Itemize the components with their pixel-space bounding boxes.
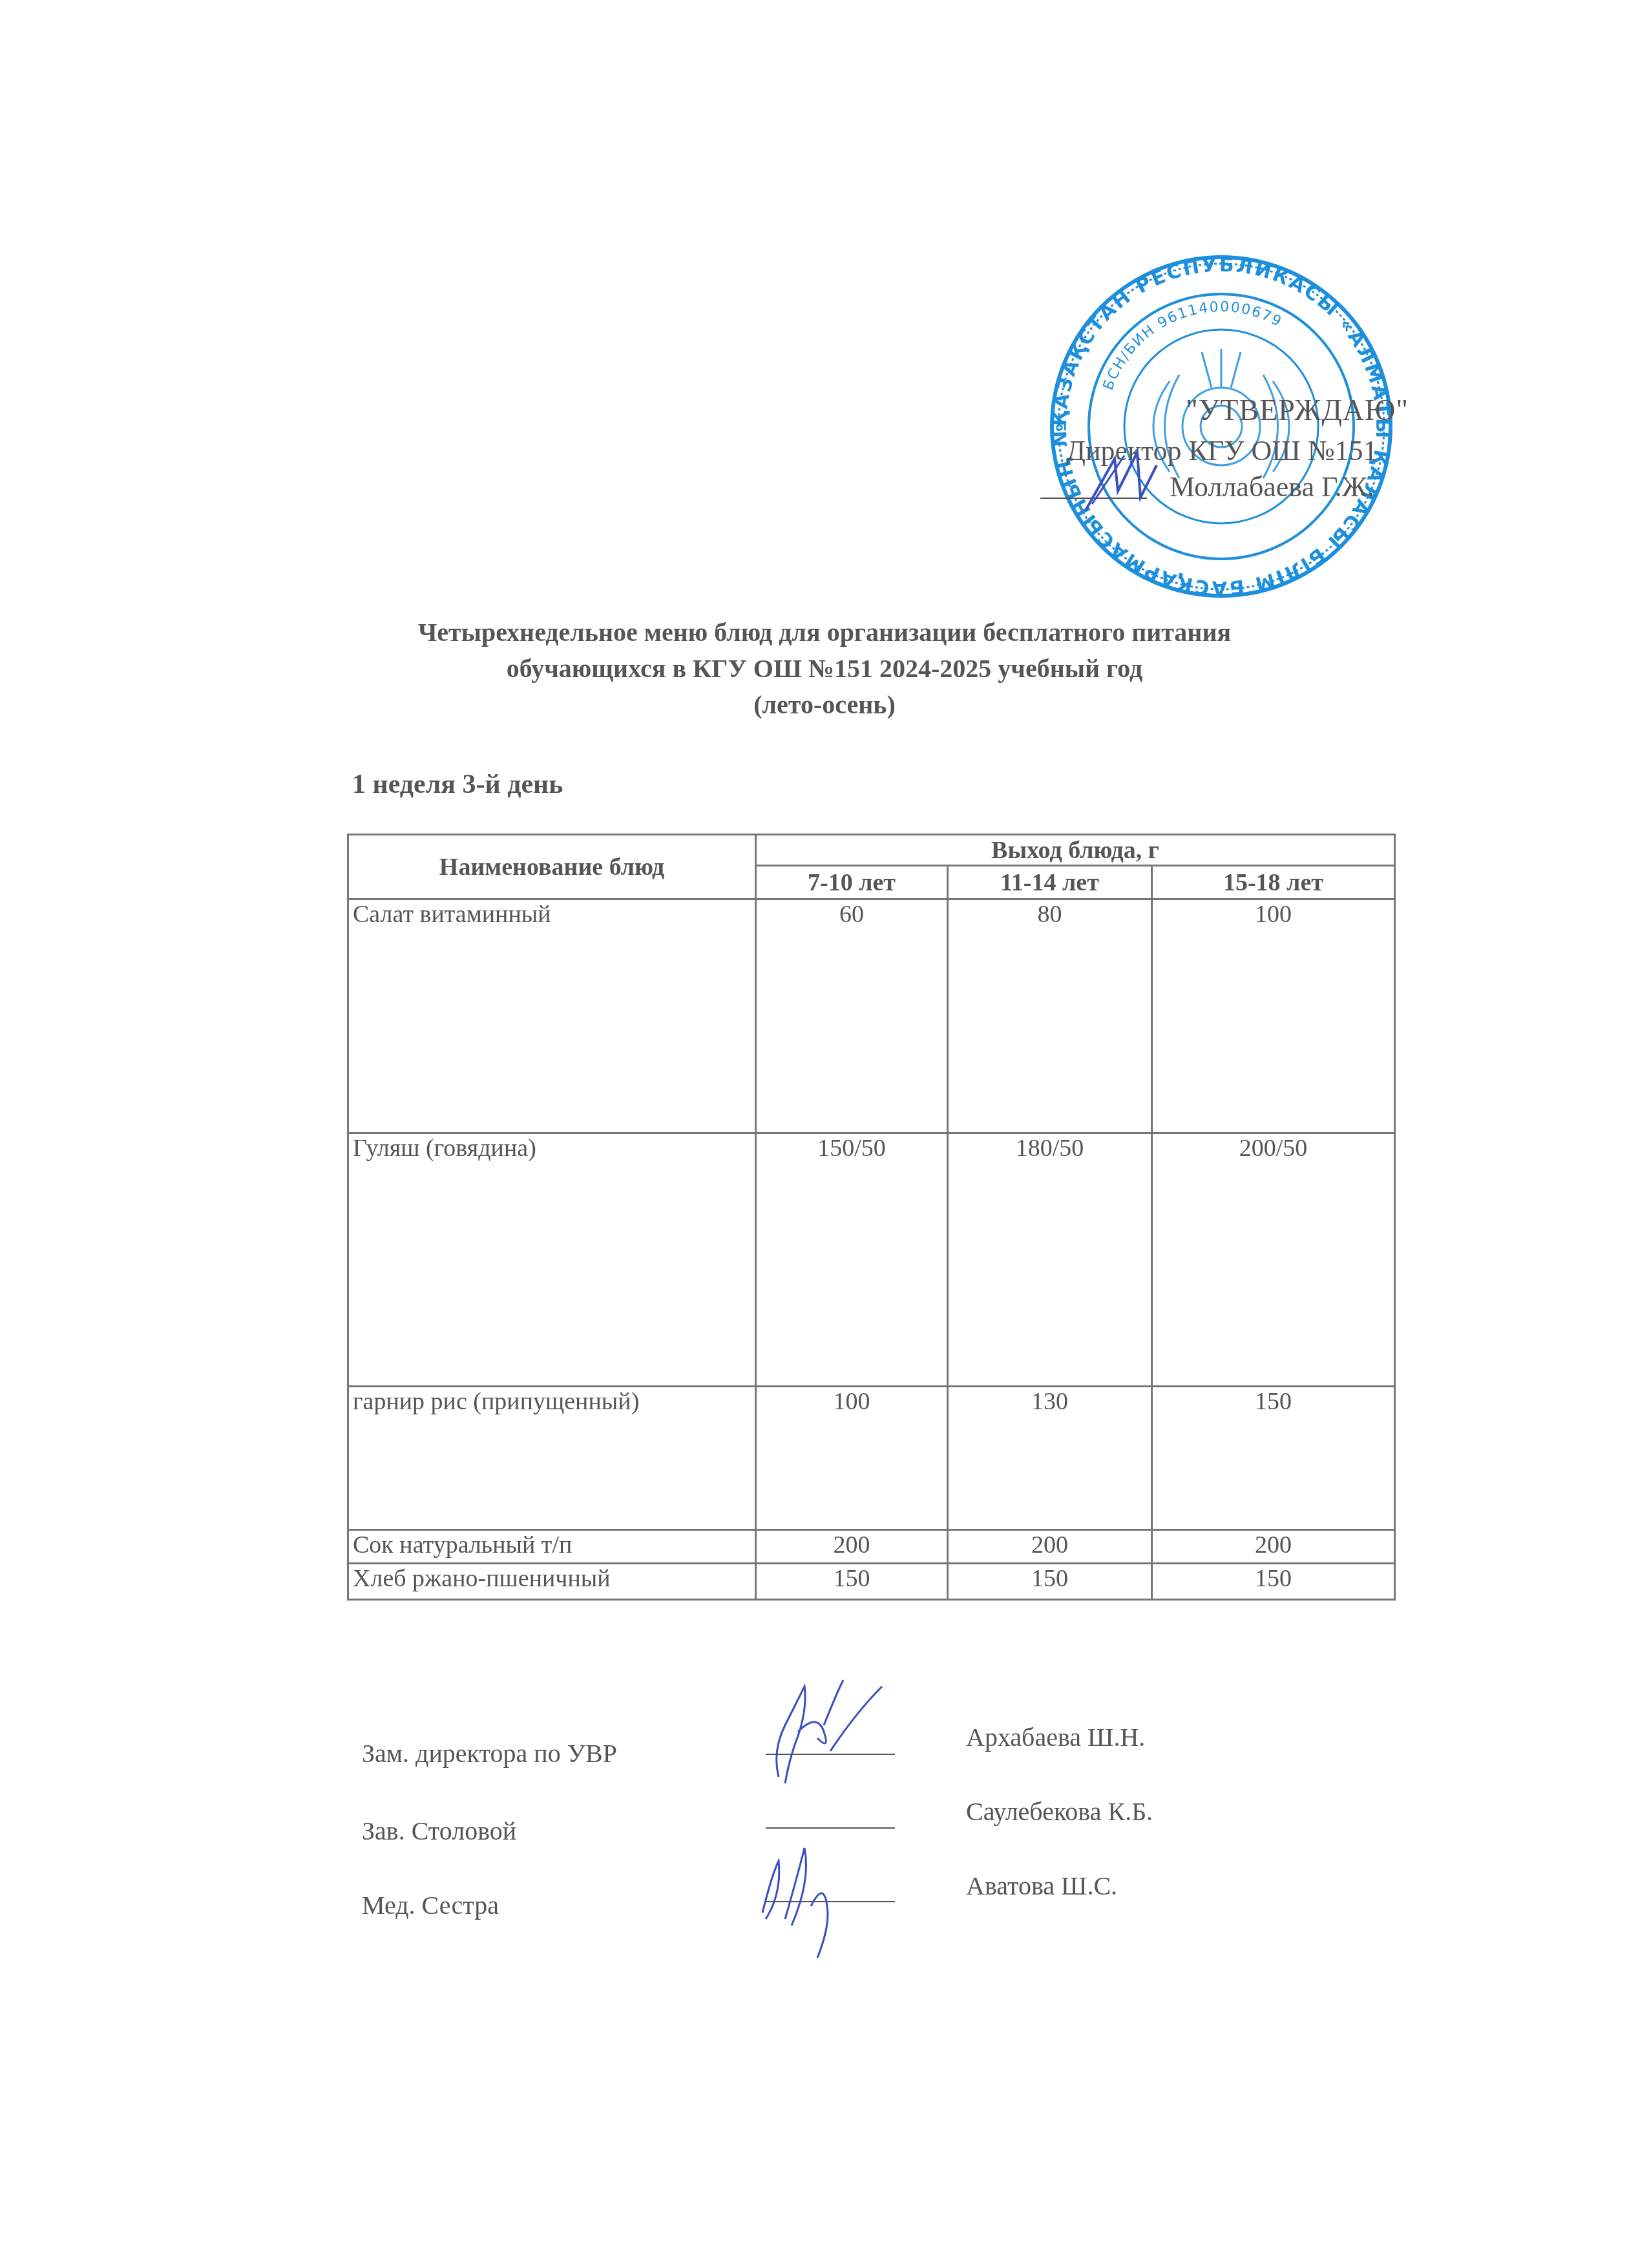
portion-15-18: 200/50 xyxy=(1151,1133,1394,1387)
signature-name-nurse: Аватова Ш.С. xyxy=(966,1871,1117,1901)
portion-11-14: 80 xyxy=(948,899,1152,1133)
portion-15-18: 150 xyxy=(1151,1387,1394,1530)
signature-role-deputy: Зам. директора по УВР xyxy=(362,1738,617,1769)
table-row: Хлеб ржано-пшеничный 150 150 150 xyxy=(348,1564,1395,1600)
portion-11-14: 200 xyxy=(948,1530,1152,1564)
signature-name-canteen-head: Саулебекова К.Б. xyxy=(966,1796,1153,1827)
approval-heading: "УТВЕРЖДАЮ" xyxy=(1186,393,1409,427)
dish-name: Сок натуральный т/п xyxy=(348,1530,756,1564)
portion-15-18: 100 xyxy=(1151,899,1394,1133)
portion-15-18: 150 xyxy=(1151,1564,1394,1600)
stamp-bin-text: БСН/БИН 961140000679 xyxy=(1100,299,1285,392)
approval-name: Моллабаева Г.Ж. xyxy=(1170,470,1374,503)
header-age-11-14: 11-14 лет xyxy=(948,866,1152,899)
portion-11-14: 180/50 xyxy=(948,1133,1152,1387)
dish-name: гарнир рис (припущенный) xyxy=(348,1387,756,1530)
portion-7-10: 150 xyxy=(755,1564,947,1600)
svg-text:БСН/БИН 961140000679: БСН/БИН 961140000679 xyxy=(1100,299,1285,392)
portion-7-10: 60 xyxy=(755,899,947,1133)
nurse-signature-icon xyxy=(753,1835,882,1958)
signature-name-deputy: Архабаева Ш.Н. xyxy=(966,1722,1145,1752)
deputy-signature-icon xyxy=(759,1674,914,1790)
portion-15-18: 200 xyxy=(1151,1530,1394,1564)
header-age-15-18: 15-18 лет xyxy=(1151,866,1394,899)
table-row: Гуляш (говядина) 150/50 180/50 200/50 xyxy=(348,1133,1395,1387)
day-label: 1 неделя 3-й день xyxy=(352,769,563,800)
dish-name: Салат витаминный xyxy=(348,899,756,1133)
table-row: Салат витаминный 60 80 100 xyxy=(348,899,1395,1133)
document-title-line-1: Четырехнедельное меню блюд для организац… xyxy=(0,615,1649,650)
header-dish-name: Наименование блюд xyxy=(348,835,756,899)
dish-name: Хлеб ржано-пшеничный xyxy=(348,1564,756,1600)
signature-role-nurse: Мед. Сестра xyxy=(362,1890,499,1920)
table-row: Сок натуральный т/п 200 200 200 xyxy=(348,1530,1395,1564)
signature-line-canteen-head xyxy=(766,1827,895,1829)
portion-11-14: 130 xyxy=(948,1387,1152,1530)
portion-7-10: 150/50 xyxy=(755,1133,947,1387)
table-row: гарнир рис (припущенный) 100 130 150 xyxy=(348,1387,1395,1530)
header-output: Выход блюда, г xyxy=(755,835,1394,866)
portion-7-10: 100 xyxy=(755,1387,947,1530)
portion-7-10: 200 xyxy=(755,1530,947,1564)
dish-name: Гуляш (говядина) xyxy=(348,1133,756,1387)
signature-role-canteen-head: Зав. Столовой xyxy=(362,1816,516,1846)
document-title-line-2: обучающихся в КГУ ОШ №151 2024-2025 учеб… xyxy=(0,651,1649,686)
header-age-7-10: 7-10 лет xyxy=(755,866,947,899)
document-title-line-3: (лето-осень) xyxy=(0,688,1649,722)
menu-table: Наименование блюд Выход блюда, г 7-10 ле… xyxy=(347,834,1396,1601)
director-signature-icon xyxy=(1079,446,1163,517)
portion-11-14: 150 xyxy=(948,1564,1152,1600)
approval-stamp-block: ҚАЗАҚСТАН РЕСПУБЛИКАСЫ «АЛМАТЫ ҚАЛАСЫ БІ… xyxy=(1040,252,1402,601)
